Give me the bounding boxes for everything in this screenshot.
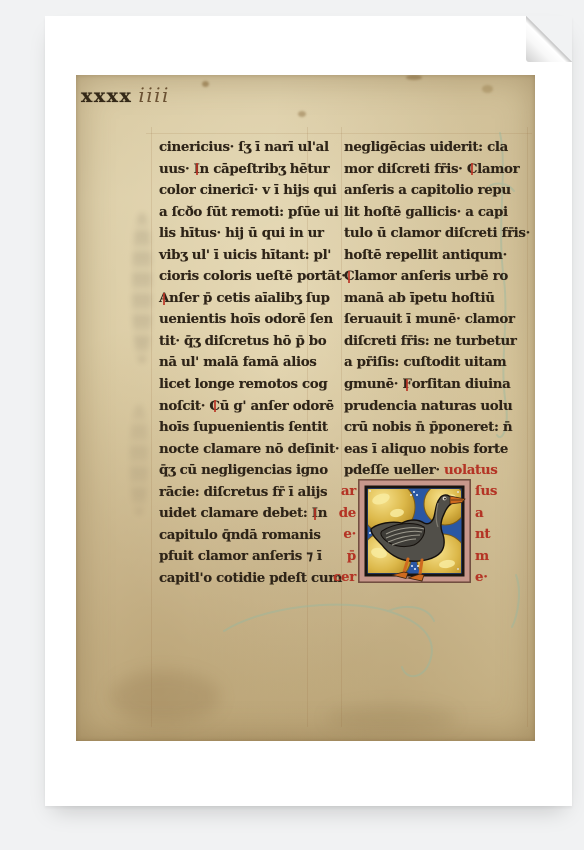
parchment-stain (202, 81, 209, 87)
rubric-fragment: ſus (475, 481, 505, 503)
text-line: uenientis hoīs odorē ſen (159, 309, 346, 331)
text-line: a ſcðo ſūt remoti: pſūe ui (159, 202, 346, 224)
text-line: cioris coloris ueſtē portāt· (159, 266, 346, 288)
text-line: color cinericī· v ī hijs qui (159, 180, 346, 202)
text-line: noſcit· Cū g' anſer odorē (159, 396, 346, 418)
ink-bleedthrough (132, 213, 152, 363)
text-column-right: negligēcias uiderit: clamor diſcreti fr̄… (344, 137, 530, 482)
text-line: Anſer p̄ cetis aīalibʒ ſup (159, 288, 346, 310)
text-line: a pr̄iſis: cuſtodit uitam (344, 352, 530, 374)
text-line: Clamor anſeris urbē ro (344, 266, 530, 288)
text-line: manā ab īpetu hoſtiū (344, 288, 530, 310)
text-line: anſeris a capitolio repu (344, 180, 530, 202)
text-line: tulo ū clamor diſcreti fr̄is· (344, 223, 530, 245)
text-line: gmunē· Forſitan diuina (344, 374, 530, 396)
folio-tens: xxxx (81, 85, 132, 107)
parchment-stain (298, 111, 306, 117)
text-column-left: cinericius· ſʒ ī narī ul'aluus· In cāpeſ… (159, 137, 346, 589)
text-line: lis hītus· hij ū qui in ur (159, 223, 346, 245)
rubric-fragment: e· (475, 567, 505, 589)
print-mockup: xxxxiiii cinericius· ſʒ ī narī ul'aluus·… (0, 0, 584, 850)
rubric-fragments-right: ſusantme· (475, 481, 505, 589)
parchment-stain (110, 671, 220, 723)
rubric-fragment: a (475, 503, 505, 525)
goose-illustration (358, 479, 471, 583)
text-line: hoīs ſupuenientis ſentit (159, 417, 346, 439)
text-line: uidet clamare debet: In (159, 503, 346, 525)
folio-units: iiii (138, 83, 170, 107)
ink-bleedthrough (130, 405, 148, 515)
text-line: capitulo q̄ndā romanis (159, 525, 346, 547)
text-line: mor diſcreti fr̄is· Clamor (344, 159, 530, 181)
print-sheet: xxxxiiii cinericius· ſʒ ī narī ul'aluus·… (45, 16, 572, 806)
goose-miniature (358, 479, 471, 583)
text-line: nā ul' malā famā alios (159, 352, 346, 374)
text-line: pfuit clamor anſeris ⁊ ī (159, 546, 346, 568)
text-line: diſcreti fr̄is: ne turbetur (344, 331, 530, 353)
rubric-fragment: de (330, 503, 356, 525)
parchment-stain (482, 85, 493, 93)
text-line: prudencia naturas uolu (344, 396, 530, 418)
text-line: tit· q̄ʒ diſcretus hō p̄ bo (159, 331, 346, 353)
text-line: capitl'o cotidie pdeſt cum (159, 568, 346, 590)
text-line: uus· In cāpeſtribʒ hētur (159, 159, 346, 181)
text-line: crū nobis n̄ p̄poneret: n̄ (344, 417, 530, 439)
text-line: q̄ʒ cū negligencias igno (159, 460, 346, 482)
manuscript-photo: xxxxiiii cinericius· ſʒ ī narī ul'aluus·… (76, 75, 535, 741)
parchment-stain (406, 75, 422, 80)
text-line: rācie: diſcretus fr̄ ī alijs (159, 482, 346, 504)
rubric-fragment: cer (330, 567, 356, 589)
parchment-stain (326, 705, 456, 731)
rubric-fragment: m (475, 546, 505, 568)
text-line: vibʒ ul' ī uicis hītant: pl' (159, 245, 346, 267)
rubric-fragment: nt (475, 524, 505, 546)
folio-number: xxxxiiii (81, 83, 170, 107)
text-line: hoſtē repellit antiqum· (344, 245, 530, 267)
ruling-line (146, 133, 532, 134)
rubric-fragment: p̄ (330, 546, 356, 568)
text-line: lit hoſtē gallicis· a capi (344, 202, 530, 224)
text-line: nocte clamare nō deſinit· (159, 439, 346, 461)
text-line: ſeruauit ī munē· clamor (344, 309, 530, 331)
rubric-fragment: e· (330, 524, 356, 546)
rubric-fragment: ar (330, 481, 356, 503)
text-line: cinericius· ſʒ ī narī ul'al (159, 137, 346, 159)
ruling-line (151, 127, 152, 727)
page-curl (526, 16, 572, 62)
rubric-fragments-left: ardee·p̄cer (330, 481, 356, 589)
text-line: eas ī aliquo nobis forte (344, 439, 530, 461)
text-line: licet longe remotos cog (159, 374, 346, 396)
text-line: negligēcias uiderit: cla (344, 137, 530, 159)
